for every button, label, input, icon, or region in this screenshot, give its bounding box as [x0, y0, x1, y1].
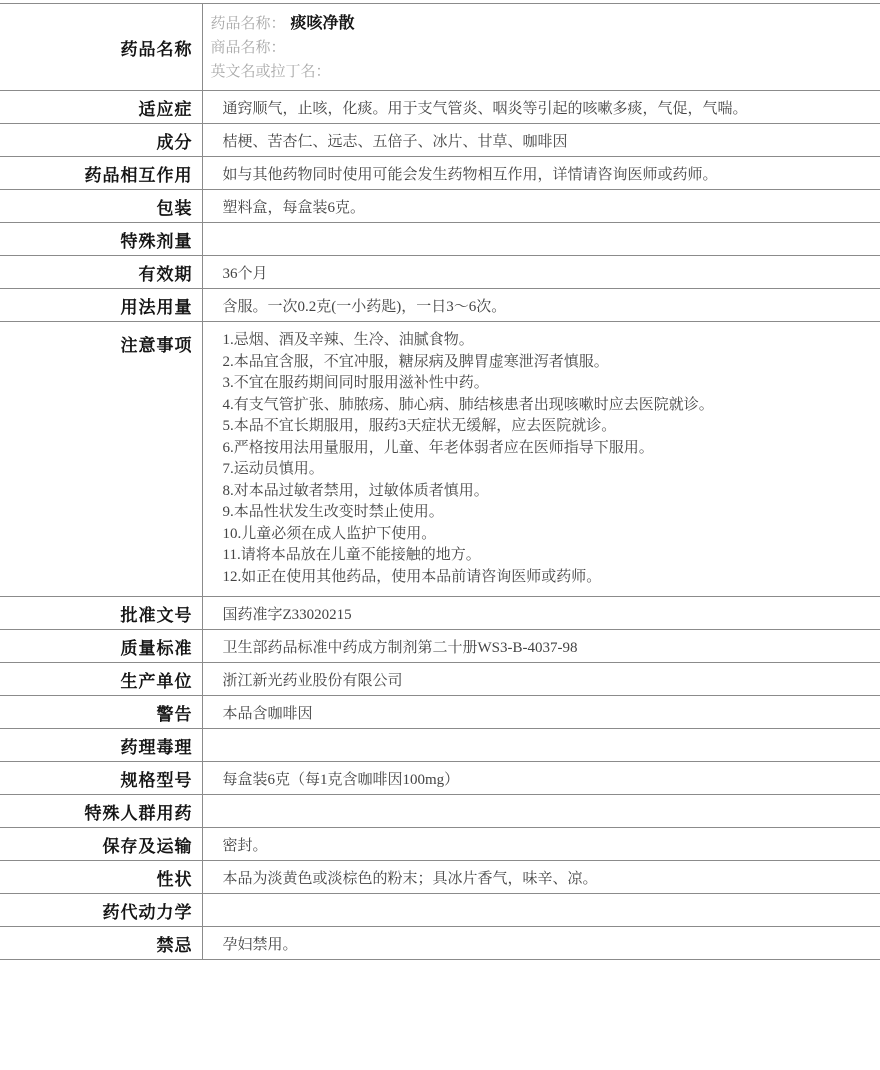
- row-label: 特殊剂量: [0, 223, 202, 256]
- table-row-precautions: 注意事项 1.忌烟、酒及辛辣、生冷、油腻食物。 2.本品宜含服，不宜冲服，糖尿病…: [0, 322, 880, 597]
- row-label: 禁忌: [0, 927, 202, 960]
- row-label: 生产单位: [0, 663, 202, 696]
- row-value: 塑料盒，每盒装6克。: [202, 190, 880, 223]
- row-value: [202, 223, 880, 256]
- drug-name-field-label: 药品名称：: [211, 16, 286, 32]
- row-value: 卫生部药品标准中药成方制剂第二十册WS3-B-4037-98: [202, 630, 880, 663]
- table-row-shelf-life: 有效期 36个月: [0, 256, 880, 289]
- row-value: 含服。一次0.2克(一小药匙)，一日3～6次。: [202, 289, 880, 322]
- row-value: [202, 795, 880, 828]
- precaution-item: 5.本品不宜长期服用，服药3天症状无缓解，应去医院就诊。: [223, 416, 869, 438]
- row-label: 警告: [0, 696, 202, 729]
- row-value: 如与其他药物同时使用可能会发生药物相互作用，详情请咨询医师或药师。: [202, 157, 880, 190]
- precaution-item: 11.请将本品放在儿童不能接触的地方。: [223, 545, 869, 567]
- row-label: 批准文号: [0, 597, 202, 630]
- english-name-line: 英文名或拉丁名：: [211, 60, 869, 84]
- table-row-indications: 适应症 通窍顺气，止咳，化痰。用于支气管炎、咽炎等引起的咳嗽多痰，气促，气喘。: [0, 91, 880, 124]
- table-row-pharmacokinetics: 药代动力学: [0, 894, 880, 927]
- precaution-item: 2.本品宜含服，不宜冲服，糖尿病及脾胃虚寒泄泻者慎服。: [223, 352, 869, 374]
- table-row-ingredients: 成分 桔梗、苦杏仁、远志、五倍子、冰片、甘草、咖啡因: [0, 124, 880, 157]
- row-label: 质量标准: [0, 630, 202, 663]
- row-label: 药品相互作用: [0, 157, 202, 190]
- precaution-item: 6.严格按用法用量服用，儿童、年老体弱者应在医师指导下服用。: [223, 438, 869, 460]
- row-value: 桔梗、苦杏仁、远志、五倍子、冰片、甘草、咖啡因: [202, 124, 880, 157]
- row-value: [202, 894, 880, 927]
- table-row-contraindications: 禁忌 孕妇禁用。: [0, 927, 880, 960]
- row-label: 适应症: [0, 91, 202, 124]
- english-name-field-label: 英文名或拉丁名：: [211, 64, 331, 80]
- row-value: 本品含咖啡因: [202, 696, 880, 729]
- row-label: 药代动力学: [0, 894, 202, 927]
- precaution-item: 1.忌烟、酒及辛辣、生冷、油腻食物。: [223, 330, 869, 352]
- row-value: 孕妇禁用。: [202, 927, 880, 960]
- row-value: 浙江新光药业股份有限公司: [202, 663, 880, 696]
- row-label: 有效期: [0, 256, 202, 289]
- table-row-characteristics: 性状 本品为淡黄色或淡棕色的粉末；具冰片香气，味辛、凉。: [0, 861, 880, 894]
- row-value: 通窍顺气，止咳，化痰。用于支气管炎、咽炎等引起的咳嗽多痰，气促，气喘。: [202, 91, 880, 124]
- drug-name-line: 药品名称：痰咳净散: [211, 12, 869, 36]
- precaution-item: 12.如正在使用其他药品，使用本品前请咨询医师或药师。: [223, 567, 869, 589]
- row-value: 国药准字Z33020215: [202, 597, 880, 630]
- drug-name-value: 痰咳净散: [291, 15, 355, 32]
- row-value: [202, 729, 880, 762]
- row-label-precautions: 注意事项: [0, 322, 202, 597]
- table-row-special-populations: 特殊人群用药: [0, 795, 880, 828]
- table-row-warning: 警告 本品含咖啡因: [0, 696, 880, 729]
- precaution-item: 10.儿童必须在成人监护下使用。: [223, 524, 869, 546]
- row-value: 每盒装6克（每1克含咖啡因100mg）: [202, 762, 880, 795]
- precaution-item: 7.运动员慎用。: [223, 459, 869, 481]
- row-label: 性状: [0, 861, 202, 894]
- trade-name-line: 商品名称：: [211, 36, 869, 60]
- row-value: 36个月: [202, 256, 880, 289]
- table-row-special-dosage: 特殊剂量: [0, 223, 880, 256]
- precaution-item: 9.本品性状发生改变时禁止使用。: [223, 502, 869, 524]
- table-row-approval-number: 批准文号 国药准字Z33020215: [0, 597, 880, 630]
- row-label: 规格型号: [0, 762, 202, 795]
- row-label: 包装: [0, 190, 202, 223]
- row-label: 保存及运输: [0, 828, 202, 861]
- table-row-manufacturer: 生产单位 浙江新光药业股份有限公司: [0, 663, 880, 696]
- row-value: 本品为淡黄色或淡棕色的粉末；具冰片香气，味辛、凉。: [202, 861, 880, 894]
- row-label: 成分: [0, 124, 202, 157]
- drug-info-table: 药品名称 药品名称：痰咳净散 商品名称： 英文名或拉丁名： 适应症 通窍顺气，止…: [0, 3, 880, 960]
- table-row-packaging: 包装 塑料盒，每盒装6克。: [0, 190, 880, 223]
- row-label: 特殊人群用药: [0, 795, 202, 828]
- table-row-drug-name: 药品名称 药品名称：痰咳净散 商品名称： 英文名或拉丁名：: [0, 4, 880, 91]
- table-row-dosage-usage: 用法用量 含服。一次0.2克(一小药匙)，一日3～6次。: [0, 289, 880, 322]
- row-label: 用法用量: [0, 289, 202, 322]
- row-label: 药理毒理: [0, 729, 202, 762]
- row-label-drug-name: 药品名称: [0, 4, 202, 91]
- row-value: 密封。: [202, 828, 880, 861]
- table-row-storage-transport: 保存及运输 密封。: [0, 828, 880, 861]
- precaution-item: 8.对本品过敏者禁用，过敏体质者慎用。: [223, 481, 869, 503]
- precaution-item: 4.有支气管扩张、肺脓疡、肺心病、肺结核患者出现咳嗽时应去医院就诊。: [223, 395, 869, 417]
- table-row-quality-standard: 质量标准 卫生部药品标准中药成方制剂第二十册WS3-B-4037-98: [0, 630, 880, 663]
- row-value-drug-name: 药品名称：痰咳净散 商品名称： 英文名或拉丁名：: [202, 4, 880, 91]
- table-row-specification: 规格型号 每盒装6克（每1克含咖啡因100mg）: [0, 762, 880, 795]
- precaution-item: 3.不宜在服药期间同时服用滋补性中药。: [223, 373, 869, 395]
- table-row-pharmacology-toxicology: 药理毒理: [0, 729, 880, 762]
- trade-name-field-label: 商品名称：: [211, 40, 286, 56]
- table-row-drug-interactions: 药品相互作用 如与其他药物同时使用可能会发生药物相互作用，详情请咨询医师或药师。: [0, 157, 880, 190]
- row-value-precautions: 1.忌烟、酒及辛辣、生冷、油腻食物。 2.本品宜含服，不宜冲服，糖尿病及脾胃虚寒…: [202, 322, 880, 597]
